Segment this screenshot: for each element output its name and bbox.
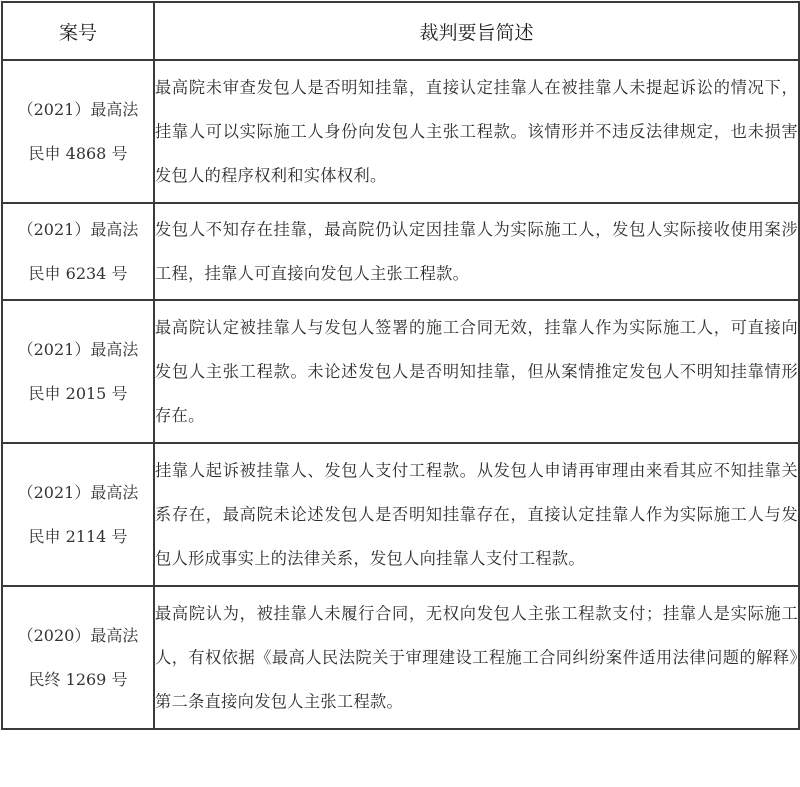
- case-number-line1: （2020）最高法: [3, 614, 153, 658]
- header-case-number: 案号: [2, 2, 154, 60]
- case-number-cell: （2021）最高法 民申 6234 号: [2, 203, 154, 300]
- summary-cell: 挂靠人起诉被挂靠人、发包人支付工程款。从发包人申请再审理由来看其应不知挂靠关系存…: [154, 443, 799, 586]
- case-number-line1: （2021）最高法: [3, 208, 153, 252]
- table-row: （2021）最高法 民申 4868 号 最高院未审查发包人是否明知挂靠，直接认定…: [2, 60, 799, 203]
- case-number-cell: （2021）最高法 民申 2015 号: [2, 300, 154, 443]
- case-number-line2: 民申 2114 号: [3, 515, 153, 559]
- case-number-cell: （2021）最高法 民申 2114 号: [2, 443, 154, 586]
- case-number-cell: （2021）最高法 民申 4868 号: [2, 60, 154, 203]
- case-number-line2: 民申 6234 号: [3, 252, 153, 296]
- header-row: 案号 裁判要旨简述: [2, 2, 799, 60]
- header-judgment-summary: 裁判要旨简述: [154, 2, 799, 60]
- case-summary-table: 案号 裁判要旨简述 （2021）最高法 民申 4868 号 最高院未审查发包人是…: [1, 1, 800, 730]
- table-row: （2021）最高法 民申 2114 号 挂靠人起诉被挂靠人、发包人支付工程款。从…: [2, 443, 799, 586]
- summary-cell: 最高院认定被挂靠人与发包人签署的施工合同无效，挂靠人作为实际施工人，可直接向发包…: [154, 300, 799, 443]
- case-number-line1: （2021）最高法: [3, 88, 153, 132]
- case-number-line2: 民申 4868 号: [3, 132, 153, 176]
- table-row: （2021）最高法 民申 2015 号 最高院认定被挂靠人与发包人签署的施工合同…: [2, 300, 799, 443]
- table-row: （2021）最高法 民申 6234 号 发包人不知存在挂靠，最高院仍认定因挂靠人…: [2, 203, 799, 300]
- case-number-line2: 民终 1269 号: [3, 658, 153, 702]
- table-row: （2020）最高法 民终 1269 号 最高院认为，被挂靠人未履行合同，无权向发…: [2, 586, 799, 729]
- case-number-cell: （2020）最高法 民终 1269 号: [2, 586, 154, 729]
- summary-cell: 最高院未审查发包人是否明知挂靠，直接认定挂靠人在被挂靠人未提起诉讼的情况下，挂靠…: [154, 60, 799, 203]
- summary-cell: 发包人不知存在挂靠，最高院仍认定因挂靠人为实际施工人，发包人实际接收使用案涉工程…: [154, 203, 799, 300]
- summary-cell: 最高院认为，被挂靠人未履行合同，无权向发包人主张工程款支付；挂靠人是实际施工人，…: [154, 586, 799, 729]
- case-number-line2: 民申 2015 号: [3, 372, 153, 416]
- case-number-line1: （2021）最高法: [3, 471, 153, 515]
- case-number-line1: （2021）最高法: [3, 328, 153, 372]
